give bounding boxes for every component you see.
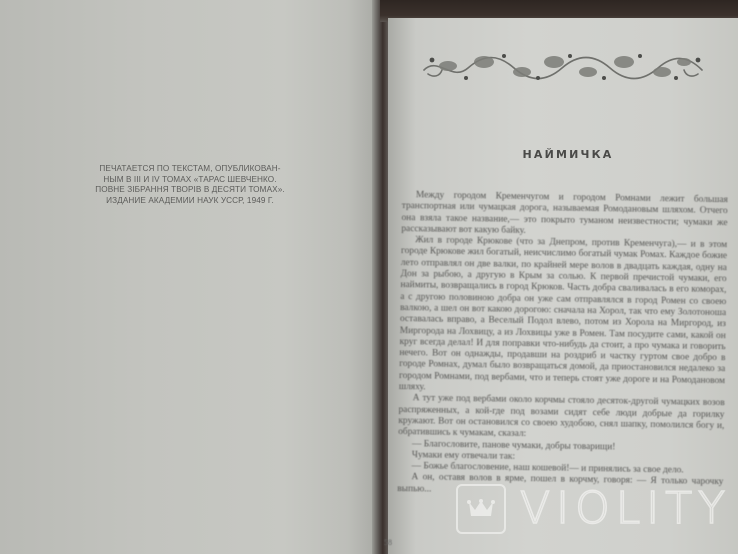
book-photo: Печатается по текстам, опубликован- ным …	[0, 0, 738, 554]
imprint-line: Издание Академии наук УССР, 1949 г.	[86, 196, 294, 207]
floral-ornament-icon	[418, 48, 708, 88]
watermark: VIOLITY	[456, 484, 731, 534]
left-page: Печатается по текстам, опубликован- ным …	[0, 0, 378, 554]
chapter-title: НАЙМИЧКА	[498, 148, 638, 161]
paragraph: Между городом Кременчугом и городом Ромн…	[401, 190, 728, 240]
right-page: НАЙМИЧКА Между городом Кременчугом и гор…	[388, 18, 738, 554]
body-text: Между городом Кременчугом и городом Ромн…	[397, 190, 728, 500]
page-number: 58	[384, 538, 392, 547]
paragraph: Жил в городе Крюкове (что за Днепром, пр…	[399, 235, 727, 398]
imprint-line: Повне зібрання творів в десяти томах».	[86, 185, 294, 196]
watermark-badge	[456, 484, 506, 534]
watermark-text: VIOLITY	[520, 486, 731, 532]
imprint-note: Печатается по текстам, опубликован- ным …	[86, 164, 294, 206]
crown-icon	[466, 498, 496, 520]
paragraph: А тут уже под вербами около корчмы стоял…	[398, 393, 725, 443]
imprint-line: ным в III и IV томах «Тарас Шевченко.	[86, 175, 294, 186]
imprint-line: Печатается по текстам, опубликован-	[86, 164, 294, 175]
